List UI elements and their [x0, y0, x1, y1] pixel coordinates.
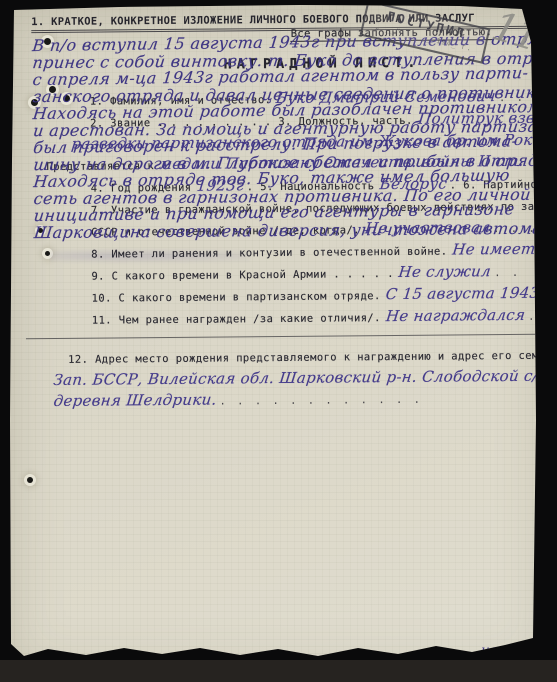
- handwritten-text: Не награждался: [381, 305, 531, 326]
- handwritten-text: деревня Шелдрики.: [49, 389, 222, 411]
- paper: Все графы заполнять полностью. НАГРАДНОЙ…: [0, 0, 557, 682]
- form-line: деревня Шелдрики.. . . . . . . . . . . .: [40, 387, 540, 413]
- document-content: Все графы заполнять полностью. НАГРАДНОЙ…: [0, 0, 557, 682]
- handwritten-text: С 15 августа 1943 года.: [381, 282, 557, 304]
- handwritten-text: Не имеет: [448, 239, 541, 260]
- divider: [26, 334, 546, 340]
- feat-line: Шарковщина совершена диверсия, уничтожен…: [29, 220, 545, 242]
- carryover-syllable: на: [480, 643, 498, 658]
- typed-text: 12. Адрес место рождения представляемого…: [68, 350, 552, 366]
- dot-leaders: . . .: [528, 310, 557, 322]
- typed-text: 9. С какого времени в Красной Армии . . …: [91, 268, 394, 283]
- typed-text: 11. Чем ранее награжден /за какие отличи…: [92, 312, 381, 327]
- scanner-bed-strip: [0, 660, 557, 682]
- typed-text: 8. Имеет ли ранения и контузии в отечест…: [91, 246, 447, 261]
- handwritten-text: Не служил: [394, 261, 497, 282]
- feat-lines: В п/о вступил 15 августа 1943г при вступ…: [27, 33, 545, 241]
- dot-leaders: . . . . . . . . . . . .: [219, 394, 422, 408]
- form-line: 11. Чем ранее награжден /за какие отличи…: [40, 305, 540, 331]
- typed-text: 10. С какого времени в партизанском отря…: [92, 290, 381, 305]
- handwritten-text: Шарковщина совершена диверсия, уничтожен…: [29, 220, 553, 242]
- dot-leaders: . .: [494, 267, 521, 279]
- dot-leaders: . .: [539, 244, 557, 256]
- scanned-document: Все графы заполнять полностью. НАГРАДНОЙ…: [0, 0, 557, 682]
